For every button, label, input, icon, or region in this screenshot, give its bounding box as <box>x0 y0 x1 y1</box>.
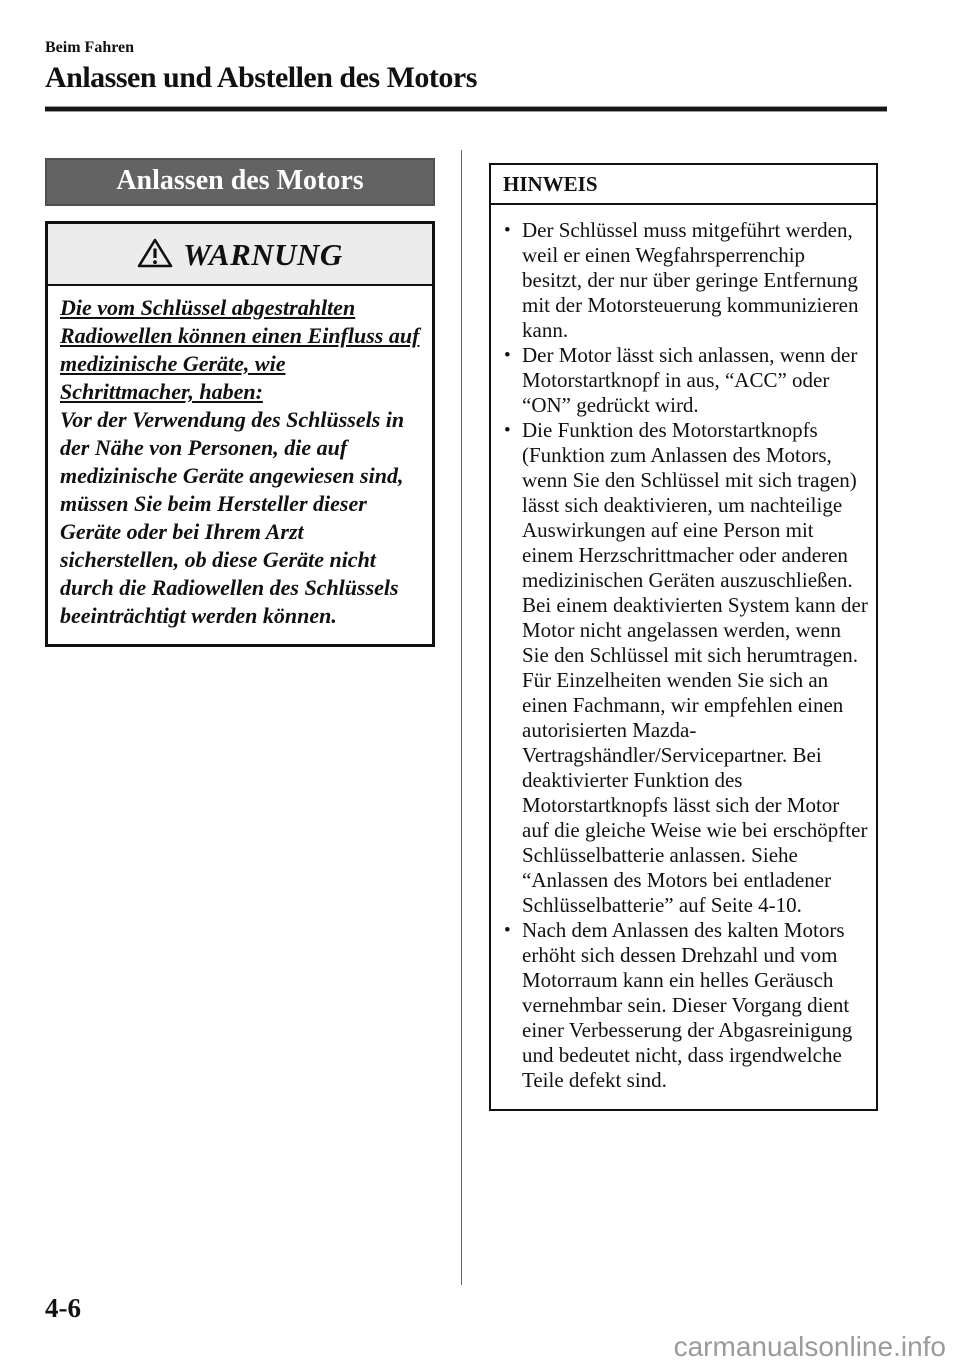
page-title: Anlassen und Abstellen des Motors <box>45 60 887 96</box>
note-list: Der Schlüssel muss mitgeführt werden, we… <box>491 205 876 1109</box>
section-heading-bar: Anlassen des Motors <box>45 158 435 206</box>
warning-title: WARNUNG <box>183 237 343 272</box>
warning-header: WARNUNG <box>48 224 432 286</box>
note-list-item: Die Funktion des Motorstartknopfs (Funkt… <box>499 418 870 918</box>
note-box: HINWEIS Der Schlüssel muss mitgeführt we… <box>489 163 878 1111</box>
page-header: Beim Fahren Anlassen und Abstellen des M… <box>45 38 887 96</box>
header-rule <box>45 107 887 111</box>
right-column: HINWEIS Der Schlüssel muss mitgeführt we… <box>489 163 878 1111</box>
warning-body: Die vom Schlüssel abgestrahlten Radiowel… <box>48 286 432 644</box>
warning-underlined-text: Die vom Schlüssel abgestrahlten Radiowel… <box>60 294 420 406</box>
note-list-item: Der Motor lässt sich anlassen, wenn der … <box>499 343 870 418</box>
section-label: Beim Fahren <box>45 38 887 58</box>
warning-box: WARNUNG Die vom Schlüssel abgestrahlten … <box>45 221 435 647</box>
warning-body-text: Vor der Verwendung des Schlüssels in der… <box>60 406 420 630</box>
watermark: carmanualsonline.info <box>674 1331 946 1362</box>
note-header: HINWEIS <box>491 165 876 205</box>
left-column: Anlassen des Motors WARNUNG Die vom Schl… <box>45 158 435 647</box>
column-divider <box>461 150 462 1285</box>
page-number: 4-6 <box>45 1293 81 1324</box>
section-heading: Anlassen des Motors <box>116 165 363 196</box>
manual-page: Beim Fahren Anlassen und Abstellen des M… <box>0 0 960 1362</box>
note-title: HINWEIS <box>503 172 598 196</box>
note-list-item: Der Schlüssel muss mitgeführt werden, we… <box>499 218 870 343</box>
note-list-item: Nach dem Anlassen des kalten Motors erhö… <box>499 918 870 1093</box>
warning-triangle-icon <box>137 237 173 269</box>
